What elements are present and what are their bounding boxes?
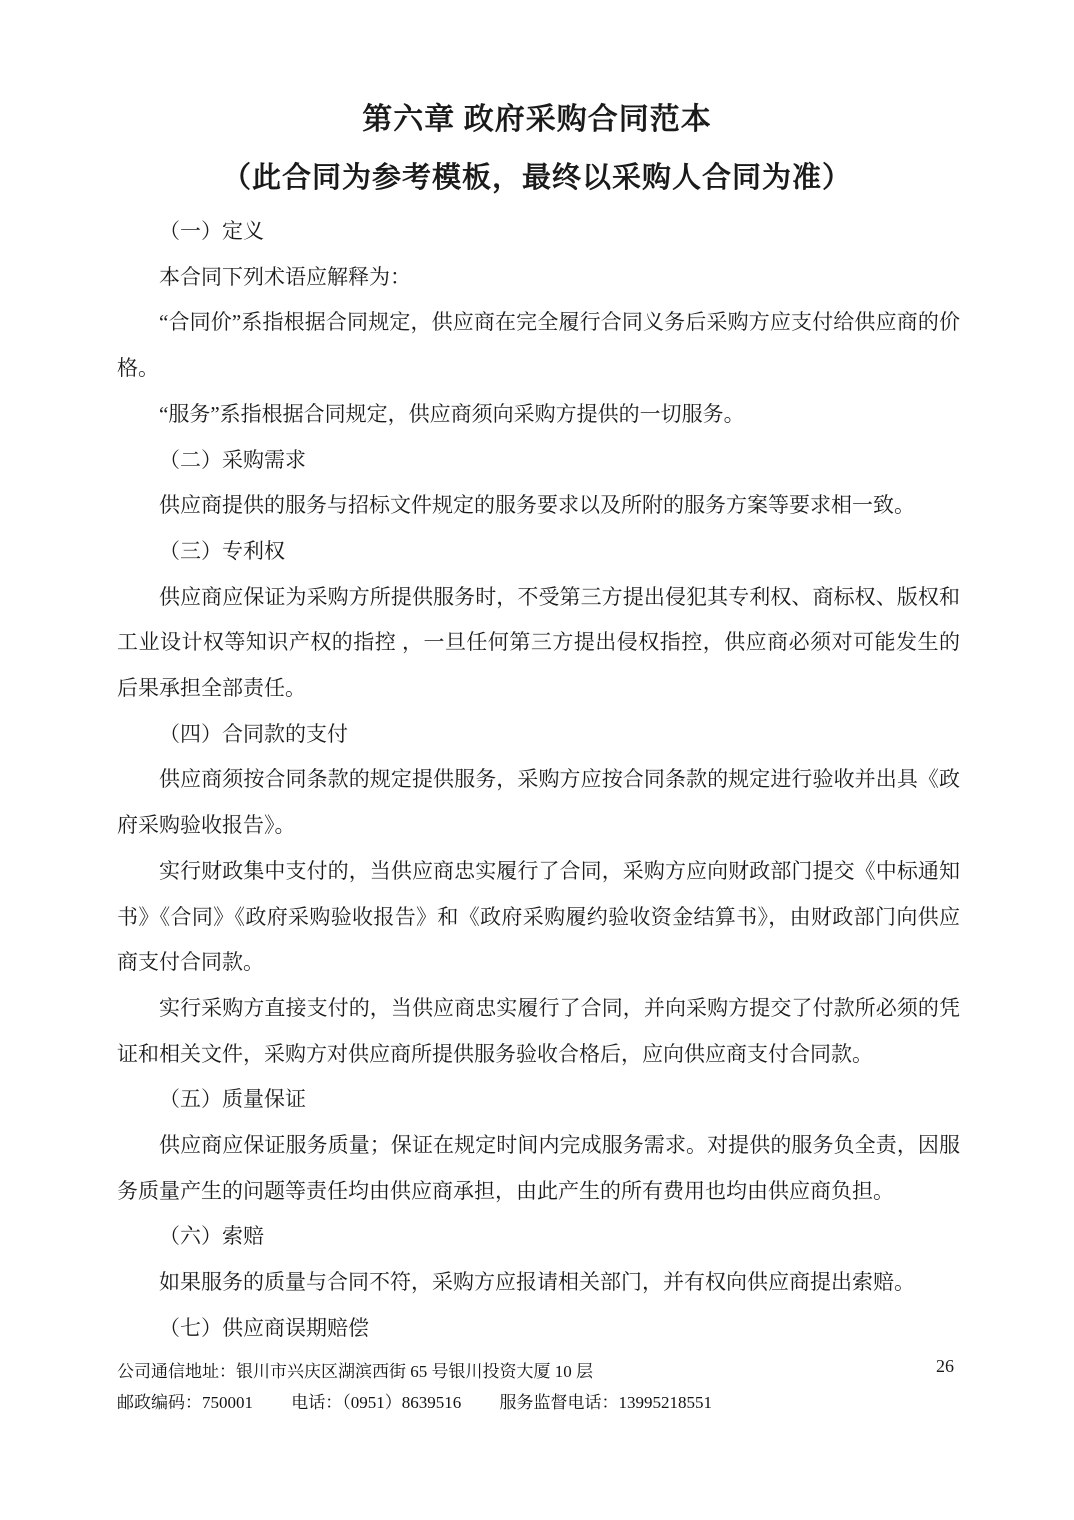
paragraph-4: “服务”系指根据合同规定，供应商须向采购方提供的一切服务。 [117,392,960,438]
paragraph-16: 如果服务的质量与合同不符，采购方应报请相关部门，并有权向供应商提出索赔。 [117,1260,960,1306]
paragraph-12: 实行采购方直接支付的，当供应商忠实履行了合同，并向采购方提交了付款所必须的凭证和… [117,986,960,1077]
page-number: 26 [936,1354,954,1378]
paragraph-3: “合同价”系指根据合同规定，供应商在完全履行合同义务后采购方应支付给供应商的价格… [117,300,960,391]
footer-contacts: 邮政编码：750001 电话：（0951）8639516 服务监督电话：1399… [117,1387,817,1418]
paragraph-7: （三）专利权 [117,529,960,575]
paragraph-13: （五）质量保证 [117,1077,960,1123]
paragraph-15: （六）索赔 [117,1214,960,1260]
footer-postal-code: 邮政编码：750001 [117,1393,253,1412]
chapter-title: 第六章 政府采购合同范本 [0,100,1074,140]
paragraph-9: （四）合同款的支付 [117,712,960,758]
footer-phone: 电话：（0951）8639516 [291,1393,461,1412]
paragraph-17: （七）供应商误期赔偿 [117,1306,960,1352]
paragraph-5: （二）采购需求 [117,438,960,484]
document-page: 第六章 政府采购合同范本 （此合同为参考模板，最终以采购人合同为准） （一）定义… [0,0,1074,1520]
page-footer: 公司通信地址：银川市兴庆区湖滨西街 65 号银川投资大厦 10 层 邮政编码：7… [117,1356,817,1418]
footer-supervision-phone: 服务监督电话：13995218551 [500,1393,713,1412]
paragraph-8: 供应商应保证为采购方所提供服务时，不受第三方提出侵犯其专利权、商标权、版权和工业… [117,575,960,712]
paragraph-2: 本合同下列术语应解释为： [117,255,960,301]
paragraph-11: 实行财政集中支付的，当供应商忠实履行了合同，采购方应向财政部门提交《中标通知书》… [117,849,960,986]
document-body: （一）定义本合同下列术语应解释为：“合同价”系指根据合同规定，供应商在完全履行合… [117,209,960,1352]
chapter-subtitle: （此合同为参考模板，最终以采购人合同为准） [0,158,1074,198]
footer-address: 公司通信地址：银川市兴庆区湖滨西街 65 号银川投资大厦 10 层 [117,1356,817,1387]
document-header: 第六章 政府采购合同范本 （此合同为参考模板，最终以采购人合同为准） [0,100,1074,198]
paragraph-1: （一）定义 [117,209,960,255]
paragraph-14: 供应商应保证服务质量；保证在规定时间内完成服务需求。对提供的服务负全责，因服务质… [117,1123,960,1214]
paragraph-6: 供应商提供的服务与招标文件规定的服务要求以及所附的服务方案等要求相一致。 [117,483,960,529]
paragraph-10: 供应商须按合同条款的规定提供服务，采购方应按合同条款的规定进行验收并出具《政府采… [117,757,960,848]
